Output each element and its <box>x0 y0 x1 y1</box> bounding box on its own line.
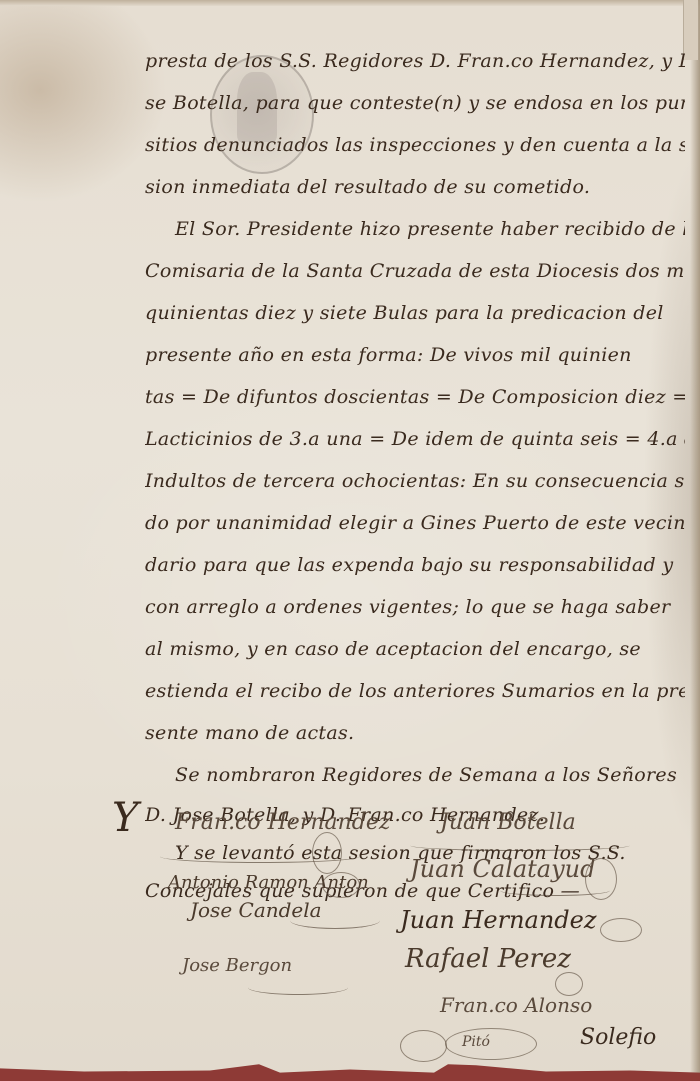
signature-rubric <box>400 1030 447 1062</box>
text-line: al mismo, y en caso de aceptacion del en… <box>145 628 685 670</box>
text-line: con arreglo a ordenes vigentes; lo que s… <box>145 586 685 628</box>
paper-corner-tab <box>683 0 698 60</box>
text-line: Comisaria de la Santa Cruzada de esta Di… <box>145 250 685 292</box>
signature-rubric <box>312 832 342 874</box>
text-line: Indultos de tercera ochocientas: En su c… <box>145 460 685 502</box>
signature-flourish <box>410 840 630 851</box>
text-line: quinientas diez y siete Bulas para la pr… <box>145 292 685 334</box>
signature-rubric <box>445 1028 537 1060</box>
text-line: se Botella, para que conteste(n) y se en… <box>145 82 685 124</box>
signature-juan-botella: Juan Botella <box>440 810 576 835</box>
signature-fran-hernandez: Fran.co Hernandez <box>175 810 391 835</box>
text-line: presente año en esta forma: De vivos mil… <box>145 334 685 376</box>
text-line: sente mano de actas. <box>145 712 685 754</box>
text-line: sion inmediata del resultado de su comet… <box>145 166 685 208</box>
text-line: Lacticinios de 3.a una = De idem de quin… <box>145 418 685 460</box>
signature-rubric <box>322 872 360 898</box>
page-bottom-torn-edge <box>0 1060 700 1081</box>
rubric-mark: Pitó <box>462 1034 490 1050</box>
signature-juan-hernandez: Juan Hernandez <box>400 906 597 934</box>
signature-rubric <box>600 918 642 942</box>
page-top-edge <box>0 0 700 6</box>
margin-flourish-mark: Y <box>112 795 138 841</box>
signature-flourish <box>500 885 610 896</box>
signature-secretary: Solefio <box>580 1025 656 1050</box>
text-line: presta de los S.S. Regidores D. Fran.co … <box>145 40 685 82</box>
signature-juan-calatayud: Juan Calatayud <box>410 855 595 883</box>
text-line: tas = De difuntos doscientas = De Compos… <box>145 376 685 418</box>
signature-fran-alonso: Fran.co Alonso <box>440 993 592 1017</box>
text-line: sitios denunciados las inspecciones y de… <box>145 124 685 166</box>
text-line: dario para que las expenda bajo su respo… <box>145 544 685 586</box>
text-line: Se nombraron Regidores de Semana a los S… <box>145 754 685 796</box>
signature-jose-bergon: Jose Bergon <box>182 955 292 976</box>
manuscript-body-text: presta de los S.S. Regidores D. Fran.co … <box>145 40 685 910</box>
text-line: do por unanimidad elegir a Gines Puerto … <box>145 502 685 544</box>
page-right-edge <box>690 0 700 1081</box>
signature-rafael-perez: Rafael Perez <box>405 944 571 974</box>
signature-flourish <box>248 980 348 995</box>
signature-flourish <box>290 912 380 929</box>
text-line: estienda el recibo de los anteriores Sum… <box>145 670 685 712</box>
text-line: El Sor. Presidente hizo presente haber r… <box>145 208 685 250</box>
manuscript-page: presta de los S.S. Regidores D. Fran.co … <box>0 0 700 1081</box>
